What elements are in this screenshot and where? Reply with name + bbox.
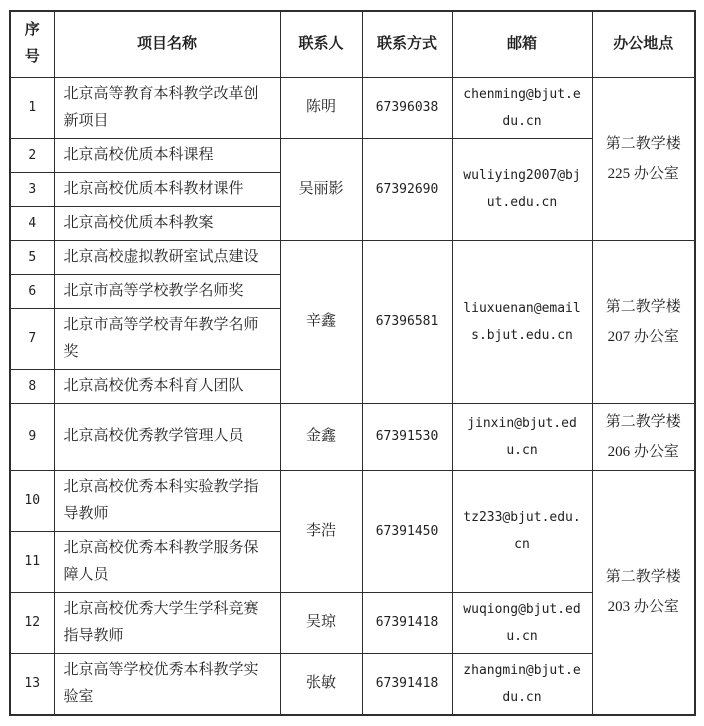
cell-phone: 67392690 xyxy=(362,138,452,240)
cell-contact: 陈明 xyxy=(280,77,362,138)
cell-phone: 67391418 xyxy=(362,653,452,715)
document-page: 序 号项目名称联系人联系方式邮箱办公地点 1北京高等教育本科教学改革创 新项目陈… xyxy=(0,0,704,726)
cell-name: 北京高校优秀本科实验教学指 导教师 xyxy=(54,470,280,531)
cell-seq: 7 xyxy=(10,308,54,369)
cell-email: wuqiong@bjut.edu.cn xyxy=(452,592,592,653)
table-body: 1北京高等教育本科教学改革创 新项目陈明67396038chenming@bju… xyxy=(10,77,695,715)
cell-phone: 67396038 xyxy=(362,77,452,138)
cell-name: 北京高校优秀大学生学科竞赛 指导教师 xyxy=(54,592,280,653)
cell-seq: 11 xyxy=(10,531,54,592)
cell-contact: 吴琼 xyxy=(280,592,362,653)
cell-seq: 1 xyxy=(10,77,54,138)
cell-name: 北京高等学校优秀本科教学实 验室 xyxy=(54,653,280,715)
table-row: 5北京高校虚拟教研室试点建设辛鑫67396581liuxuenan@emails… xyxy=(10,240,695,274)
cell-contact: 吴丽影 xyxy=(280,138,362,240)
cell-email: chenming@bjut.edu.cn xyxy=(452,77,592,138)
cell-seq: 10 xyxy=(10,470,54,531)
cell-email: tz233@bjut.edu.cn xyxy=(452,470,592,592)
cell-name: 北京高校优质本科课程 xyxy=(54,138,280,172)
cell-office: 第二教学楼 207 办公室 xyxy=(592,240,695,403)
cell-contact: 辛鑫 xyxy=(280,240,362,403)
cell-contact: 金鑫 xyxy=(280,403,362,470)
cell-email: liuxuenan@emails.bjut.edu.cn xyxy=(452,240,592,403)
table-row: 10北京高校优秀本科实验教学指 导教师李浩67391450tz233@bjut.… xyxy=(10,470,695,531)
cell-email: zhangmin@bjut.edu.cn xyxy=(452,653,592,715)
cell-seq: 2 xyxy=(10,138,54,172)
header-phone: 联系方式 xyxy=(362,11,452,77)
cell-name: 北京高校优秀本科教学服务保 障人员 xyxy=(54,531,280,592)
cell-seq: 5 xyxy=(10,240,54,274)
header-seq: 序 号 xyxy=(10,11,54,77)
cell-office: 第二教学楼 225 办公室 xyxy=(592,77,695,240)
cell-name: 北京高等教育本科教学改革创 新项目 xyxy=(54,77,280,138)
cell-seq: 13 xyxy=(10,653,54,715)
cell-seq: 12 xyxy=(10,592,54,653)
cell-phone: 67391450 xyxy=(362,470,452,592)
header-office: 办公地点 xyxy=(592,11,695,77)
cell-name: 北京高校优秀教学管理人员 xyxy=(54,403,280,470)
cell-name: 北京高校优质本科教材课件 xyxy=(54,172,280,206)
table-row: 1北京高等教育本科教学改革创 新项目陈明67396038chenming@bju… xyxy=(10,77,695,138)
cell-email: jinxin@bjut.edu.cn xyxy=(452,403,592,470)
cell-contact: 张敏 xyxy=(280,653,362,715)
header-row: 序 号项目名称联系人联系方式邮箱办公地点 xyxy=(10,11,695,77)
table-header: 序 号项目名称联系人联系方式邮箱办公地点 xyxy=(10,11,695,77)
project-contact-table: 序 号项目名称联系人联系方式邮箱办公地点 1北京高等教育本科教学改革创 新项目陈… xyxy=(9,10,696,716)
cell-phone: 67391418 xyxy=(362,592,452,653)
cell-name: 北京高校虚拟教研室试点建设 xyxy=(54,240,280,274)
header-contact: 联系人 xyxy=(280,11,362,77)
cell-name: 北京市高等学校教学名师奖 xyxy=(54,274,280,308)
header-email: 邮箱 xyxy=(452,11,592,77)
cell-seq: 8 xyxy=(10,369,54,403)
cell-seq: 3 xyxy=(10,172,54,206)
cell-phone: 67391530 xyxy=(362,403,452,470)
cell-office: 第二教学楼 206 办公室 xyxy=(592,403,695,470)
cell-seq: 4 xyxy=(10,206,54,240)
header-name: 项目名称 xyxy=(54,11,280,77)
cell-email: wuliying2007@bjut.edu.cn xyxy=(452,138,592,240)
cell-seq: 9 xyxy=(10,403,54,470)
cell-phone: 67396581 xyxy=(362,240,452,403)
cell-seq: 6 xyxy=(10,274,54,308)
table-row: 9北京高校优秀教学管理人员金鑫67391530jinxin@bjut.edu.c… xyxy=(10,403,695,470)
cell-name: 北京高校优质本科教案 xyxy=(54,206,280,240)
cell-contact: 李浩 xyxy=(280,470,362,592)
cell-name: 北京高校优秀本科育人团队 xyxy=(54,369,280,403)
cell-name: 北京市高等学校青年教学名师 奖 xyxy=(54,308,280,369)
cell-office: 第二教学楼 203 办公室 xyxy=(592,470,695,715)
